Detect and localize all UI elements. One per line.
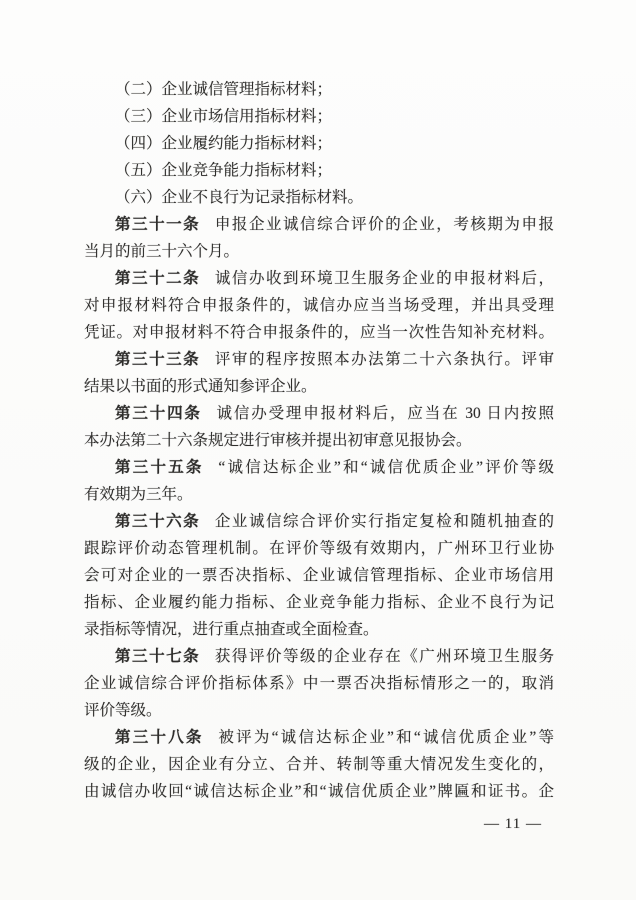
text-line: 第三十五条“诚信达标企业”和“诚信优质企业”评价等级	[84, 454, 554, 481]
page-number: — 11 —	[484, 816, 542, 833]
text-line: 有效期为三年。	[84, 481, 554, 508]
text-line: 凭证。对申报材料不符合申报条件的，应当一次性告知补充材料。	[84, 319, 554, 346]
line-text: 级的企业，因企业有分立、合并、转制等重大情况发生变化的，	[84, 756, 554, 773]
line-text: 会可对企业的一票否决指标、企业诚信管理指标、企业市场信用	[84, 567, 554, 584]
article-number-heading: 第三十二条	[115, 270, 200, 287]
line-text: 凭证。对申报材料不符合申报条件的，应当一次性告知补充材料。	[84, 324, 554, 341]
document-text-block: （二）企业诚信管理指标材料；（三）企业市场信用指标材料；（四）企业履约能力指标材…	[84, 76, 554, 805]
line-text: 跟踪评价动态管理机制。在评价等级有效期内，广州环卫行业协	[84, 540, 554, 557]
article-number-heading: 第三十六条	[115, 513, 200, 530]
article-number-heading: 第三十七条	[115, 648, 200, 665]
text-line: 录指标等情况，进行重点抽查或全面检查。	[84, 616, 554, 643]
line-text: （四）企业履约能力指标材料；	[115, 135, 332, 152]
article-number-heading: 第三十五条	[115, 459, 204, 476]
text-line: （二）企业诚信管理指标材料；	[84, 76, 554, 103]
text-line: 会可对企业的一票否决指标、企业诚信管理指标、企业市场信用	[84, 562, 554, 589]
text-line: 第三十八条被评为“诚信达标企业”和“诚信优质企业”等	[84, 724, 554, 751]
line-text: 由诚信办收回“诚信达标企业”和“诚信优质企业”牌匾和证书。企	[84, 783, 554, 800]
line-text: （五）企业竞争能力指标材料；	[115, 162, 332, 179]
text-line: 跟踪评价动态管理机制。在评价等级有效期内，广州环卫行业协	[84, 535, 554, 562]
text-line: （六）企业不良行为记录指标材料。	[84, 184, 554, 211]
article-number-heading: 第三十一条	[115, 216, 200, 233]
line-text: 申报企业诚信综合评价的企业，考核期为申报	[215, 216, 554, 233]
article-number-heading: 第三十八条	[115, 729, 204, 746]
line-text: 有效期为三年。	[84, 486, 193, 503]
text-line: 级的企业，因企业有分立、合并、转制等重大情况发生变化的，	[84, 751, 554, 778]
line-text: “诚信达标企业”和“诚信优质企业”评价等级	[218, 459, 554, 476]
line-text: （二）企业诚信管理指标材料；	[115, 81, 332, 98]
line-text: 企业诚信综合评价实行指定复检和随机抽查的	[215, 513, 554, 530]
text-line: 评价等级。	[84, 697, 554, 724]
line-text: 本办法第二十六条规定进行审核并提出初审意见报协会。	[84, 432, 472, 449]
text-line: 第三十一条申报企业诚信综合评价的企业，考核期为申报	[84, 211, 554, 238]
text-line: 由诚信办收回“诚信达标企业”和“诚信优质企业”牌匾和证书。企	[84, 778, 554, 805]
text-line: 第三十六条企业诚信综合评价实行指定复检和随机抽查的	[84, 508, 554, 535]
article-number-heading: 第三十三条	[115, 351, 200, 368]
line-text: 被评为“诚信达标企业”和“诚信优质企业”等	[218, 729, 554, 746]
text-line: 企业诚信综合评价指标体系》中一票否决指标情形之一的，取消	[84, 670, 554, 697]
line-text: 诚信办受理申报材料后，应当在 30 日内按照	[217, 405, 554, 422]
article-number-heading: 第三十四条	[115, 405, 202, 422]
line-text: 获得评价等级的企业存在《广州环境卫生服务	[215, 648, 554, 665]
line-text: （三）企业市场信用指标材料；	[115, 108, 332, 125]
line-text: （六）企业不良行为记录指标材料。	[115, 189, 363, 206]
line-text: 企业诚信综合评价指标体系》中一票否决指标情形之一的，取消	[84, 675, 554, 692]
text-line: 第三十三条评审的程序按照本办法第二十六条执行。评审	[84, 346, 554, 373]
text-line: 本办法第二十六条规定进行审核并提出初审意见报协会。	[84, 427, 554, 454]
line-text: 录指标等情况，进行重点抽查或全面检查。	[84, 621, 379, 638]
line-text: 诚信办收到环境卫生服务企业的申报材料后，	[215, 270, 554, 287]
document-page: （二）企业诚信管理指标材料；（三）企业市场信用指标材料；（四）企业履约能力指标材…	[0, 0, 636, 900]
text-line: 指标、企业履约能力指标、企业竞争能力指标、企业不良行为记	[84, 589, 554, 616]
text-line: 第三十四条诚信办受理申报材料后，应当在 30 日内按照	[84, 400, 554, 427]
text-line: （三）企业市场信用指标材料；	[84, 103, 554, 130]
text-line: 当月的前三十六个月。	[84, 238, 554, 265]
line-text: 当月的前三十六个月。	[84, 243, 239, 260]
line-text: 结果以书面的形式通知参评企业。	[84, 378, 317, 395]
line-text: 评审的程序按照本办法第二十六条执行。评审	[215, 351, 554, 368]
text-line: 结果以书面的形式通知参评企业。	[84, 373, 554, 400]
text-line: 第三十七条获得评价等级的企业存在《广州环境卫生服务	[84, 643, 554, 670]
text-line: 第三十二条诚信办收到环境卫生服务企业的申报材料后，	[84, 265, 554, 292]
text-line: 对申报材料符合申报条件的，诚信办应当当场受理，并出具受理	[84, 292, 554, 319]
text-line: （五）企业竞争能力指标材料；	[84, 157, 554, 184]
line-text: 对申报材料符合申报条件的，诚信办应当当场受理，并出具受理	[84, 297, 554, 314]
line-text: 指标、企业履约能力指标、企业竞争能力指标、企业不良行为记	[84, 594, 554, 611]
line-text: 评价等级。	[84, 702, 162, 719]
text-line: （四）企业履约能力指标材料；	[84, 130, 554, 157]
